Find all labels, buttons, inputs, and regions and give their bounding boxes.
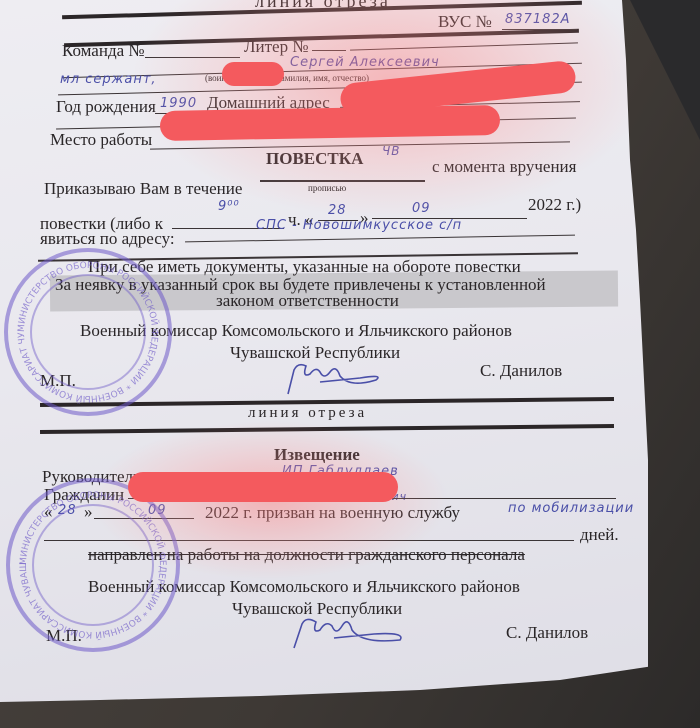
order-duration-line (260, 180, 425, 182)
birth-year-label: Год рождения (56, 98, 156, 115)
appear-label: явиться по адресу: (40, 230, 175, 247)
svg-text:МИНИСТЕРСТВО ОБОРОНЫ РОССИЙСКО: МИНИСТЕРСТВО ОБОРОНЫ РОССИЙСКОЙ ФЕДЕРАЦИ… (10, 482, 167, 641)
svg-text:МИНИСТЕРСТВО ОБОРОНЫ РОССИЙСКО: МИНИСТЕРСТВО ОБОРОНЫ РОССИЙСКОЙ ФЕДЕРАЦИ… (8, 252, 161, 405)
vus-label: ВУС № (438, 13, 492, 30)
redaction-bar (128, 472, 398, 502)
summons-paper: линия отреза ВУС № 837182А Команда № Лит… (0, 0, 648, 702)
cut-rule (40, 424, 614, 434)
redaction-bar (160, 105, 500, 141)
notice-signer-name: С. Данилов (506, 624, 588, 641)
day-value: 28 (328, 203, 347, 218)
notice-signature-icon (290, 612, 410, 652)
time-value: 9⁰⁰ (218, 199, 240, 214)
penalty-line-2: законом ответственности (216, 292, 399, 309)
summons-mark: ЧВ (382, 144, 400, 158)
drafted-reason: по мобилизации (508, 501, 634, 516)
notice-title: Извещение (274, 446, 360, 463)
vus-underline (502, 29, 577, 30)
name-handwritten: Сергей Алексеевич (290, 55, 440, 70)
order-text: Приказываю Вам в течение (44, 180, 242, 197)
from-delivery-text: с момента вручения (432, 158, 576, 175)
team-label: Команда № (62, 42, 145, 59)
official-stamp-icon: МИНИСТЕРСТВО ОБОРОНЫ РОССИЙСКОЙ ФЕДЕРАЦИ… (4, 248, 172, 416)
team-line (350, 42, 578, 50)
drafted-text: 2022 г. призван на военную службу (205, 504, 460, 521)
month-value: 09 (412, 201, 431, 216)
summons-title: ПОВЕСТКА (266, 150, 363, 167)
notice-cut-line-label: линия отреза (248, 406, 367, 421)
stamp-ring-text: МИНИСТЕРСТВО ОБОРОНЫ РОССИЙСКОЙ ФЕДЕРАЦИ… (10, 482, 176, 648)
order-caption: прописью (308, 184, 346, 193)
appear-address-line (185, 235, 575, 243)
days-label: дней. (580, 526, 619, 543)
liter-underline (312, 50, 346, 51)
liter-label: Литер № (244, 38, 309, 55)
team-underline (145, 57, 240, 58)
cut-line-label: линия отреза (255, 0, 391, 10)
workplace-label: Место работы (50, 131, 152, 148)
redaction-bar (222, 62, 284, 86)
year-suffix: 2022 г.) (528, 196, 581, 213)
official-stamp-icon: МИНИСТЕРСТВО ОБОРОНЫ РОССИЙСКОЙ ФЕДЕРАЦИ… (6, 478, 180, 652)
signer-name: С. Данилов (480, 362, 562, 379)
address-value: СПС - Новошимкусское с/п (256, 218, 462, 233)
birth-year-value: 1990 (160, 96, 197, 111)
stamp-ring-text: МИНИСТЕРСТВО ОБОРОНЫ РОССИЙСКОЙ ФЕДЕРАЦИ… (8, 252, 168, 412)
vus-value: 837182А (505, 12, 571, 27)
rank-handwritten: мл сержант, (60, 72, 157, 87)
signature-icon (280, 358, 390, 398)
